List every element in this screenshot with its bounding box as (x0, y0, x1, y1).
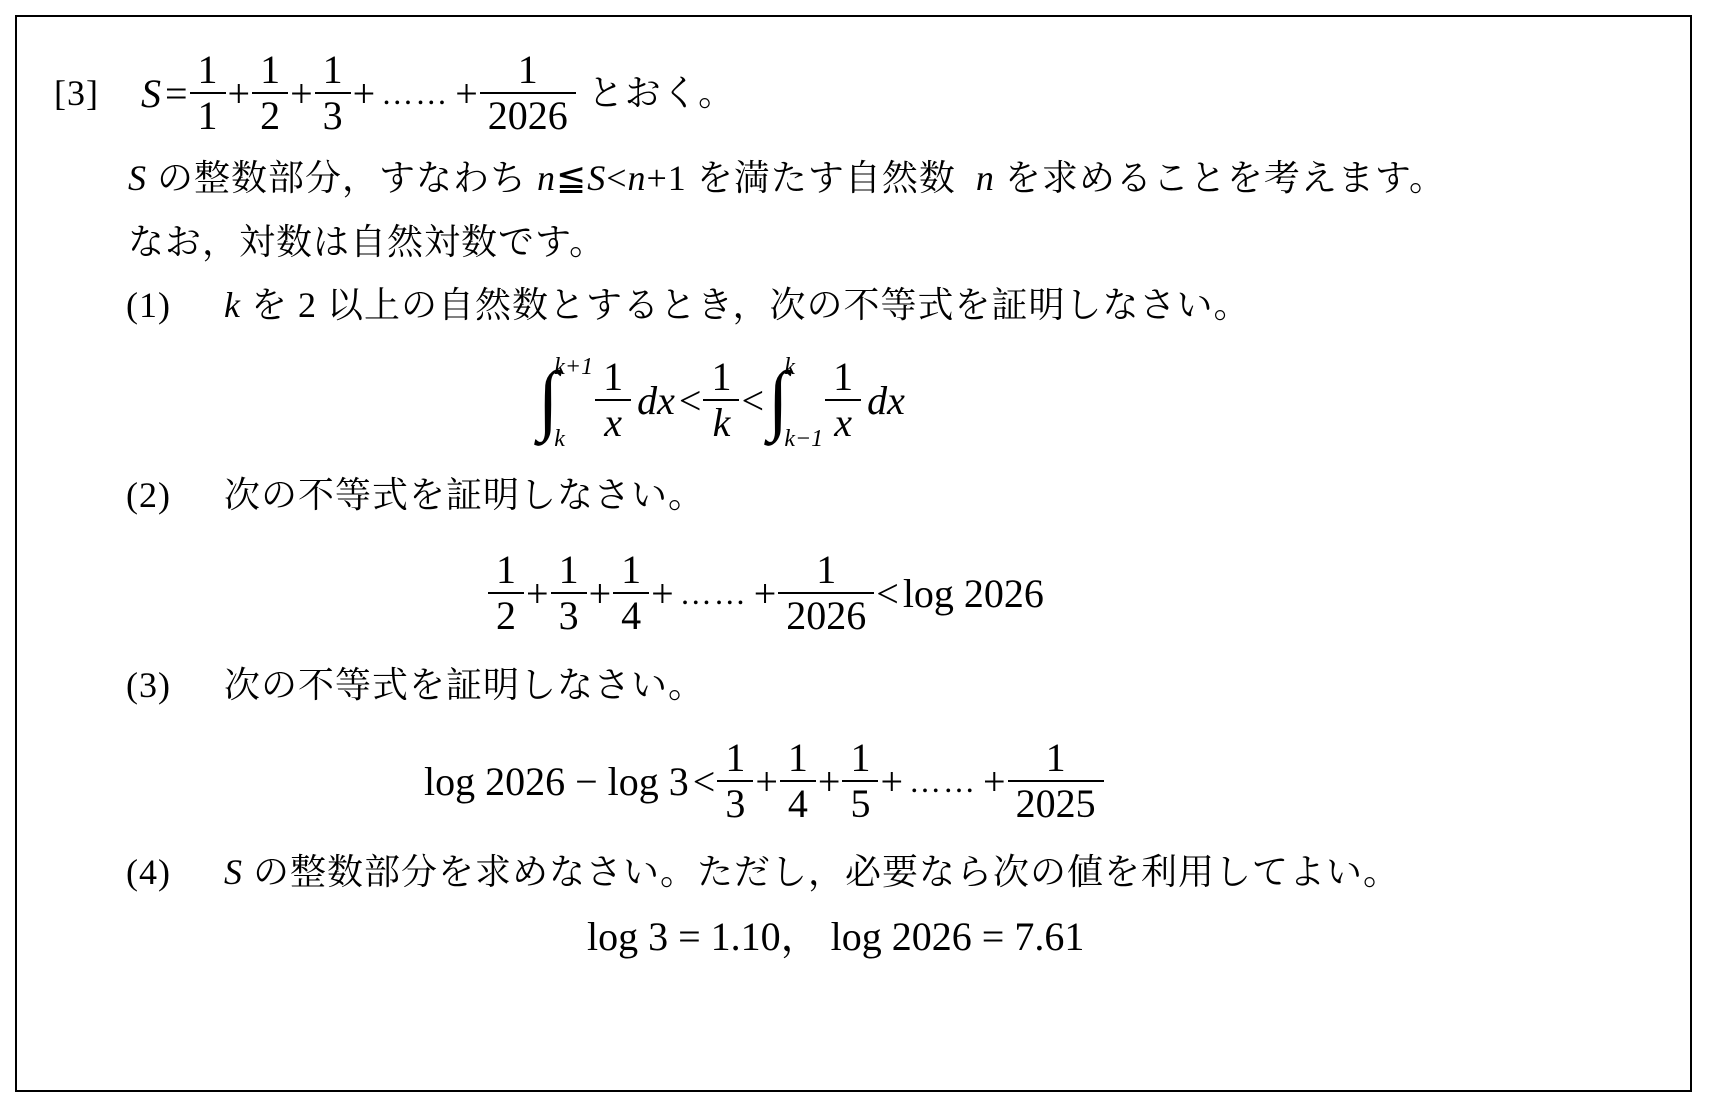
integral-2-upper-limit: k (784, 355, 823, 379)
intro-line-2: なお，対数は自然対数です。 (128, 220, 606, 264)
part-2-text: 次の不等式を証明しなさい。 (224, 475, 705, 515)
var-n: n (976, 158, 995, 198)
problem-number: [3] (54, 71, 99, 115)
integrand-2: 1 x (829, 355, 857, 445)
given-values: log 3 = 1.10， log 2026 = 7.61 (587, 912, 1084, 962)
part-2-statement: (2) 次の不等式を証明しなさい。 (126, 473, 705, 517)
var-s: S (224, 852, 243, 892)
fraction-term: 1 3 (721, 736, 749, 826)
plus-sign: + (651, 570, 674, 617)
var-n: n (537, 158, 556, 198)
part-4-text: の整数部分を求めなさい。ただし，必要なら次の値を利用してよい。 (253, 852, 1400, 892)
var-s: S (128, 158, 147, 198)
fraction-term: 1 4 (784, 736, 812, 826)
fraction-last-term: 1 2025 (1012, 736, 1100, 826)
lt-sign: < (693, 758, 716, 805)
integral-2-lower-limit: k−1 (784, 427, 823, 451)
plus-sign: + (353, 70, 376, 117)
plus-one: +1 (647, 158, 687, 198)
part-2-formula: 1 2 + 1 3 + 1 4 + …… + 1 2026 < log 2026 (490, 548, 1044, 638)
integrand-1: 1 x (599, 355, 627, 445)
part-2-label: (2) (126, 473, 214, 517)
fraction-last-term: 1 2026 (782, 548, 870, 638)
ellipsis: …… (909, 763, 977, 800)
rhs-log: log 2026 (903, 570, 1044, 617)
integral-1-upper-limit: k+1 (554, 355, 593, 379)
part-3-statement: (3) 次の不等式を証明しなさい。 (126, 663, 705, 707)
fraction-term: 1 1 (194, 48, 222, 138)
var-k: k (224, 285, 241, 325)
dx-2: dx (867, 377, 905, 424)
part-1-statement: (1) k を 2 以上の自然数とするとき，次の不等式を証明しなさい。 (126, 283, 1251, 327)
middle-fraction: 1 k (707, 355, 735, 445)
plus-sign: + (455, 70, 478, 117)
le-sign: ≦ (556, 158, 587, 198)
fraction-last-term: 1 2026 (484, 48, 572, 138)
integral-1-lower-limit: k (554, 427, 593, 451)
definition-suffix: とおく。 (588, 71, 735, 115)
plus-sign: + (228, 70, 251, 117)
part-3-label: (3) (126, 663, 214, 707)
lt-sign: < (876, 570, 899, 617)
integral-2: ∫ k k−1 (768, 359, 827, 441)
plus-sign: + (290, 70, 313, 117)
intro-text-a: の整数部分，すなわち (157, 158, 527, 198)
plus-sign: + (983, 758, 1006, 805)
plus-sign: + (526, 570, 549, 617)
part-3-text: 次の不等式を証明しなさい。 (224, 665, 705, 705)
integral-sign-icon: ∫ (768, 361, 788, 439)
lt-sign: < (606, 158, 627, 198)
part-3-formula: log 2026 − log 3 < 1 3 + 1 4 + 1 5 + …… … (424, 736, 1102, 826)
equals-sign: = (165, 70, 188, 117)
plus-sign: + (880, 758, 903, 805)
lt-sign: < (679, 377, 702, 424)
intro-text-b: を満たす自然数 (697, 158, 956, 198)
lt-sign: < (741, 377, 764, 424)
plus-sign: + (818, 758, 841, 805)
fraction-term: 1 2 (256, 48, 284, 138)
part-1-formula: ∫ k+1 k 1 x dx < 1 k < ∫ k k−1 1 x dx (538, 355, 905, 445)
var-s: S (587, 158, 606, 198)
plus-sign: + (589, 570, 612, 617)
integral-1: ∫ k+1 k (538, 359, 597, 441)
plus-sign: + (755, 758, 778, 805)
part-4-label: (4) (126, 850, 214, 894)
problem-header: [3] S = 1 1 + 1 2 + 1 3 + …… + 1 2026 とお… (54, 48, 735, 138)
var-n: n (628, 158, 647, 198)
part-1-text: を 2 以上の自然数とするとき，次の不等式を証明しなさい。 (251, 285, 1251, 325)
lhs-log-difference: log 2026 − log 3 (424, 758, 689, 805)
sum-variable-s: S (141, 70, 161, 117)
fraction-term: 1 3 (555, 548, 583, 638)
plus-sign: + (754, 570, 777, 617)
fraction-term: 1 2 (492, 548, 520, 638)
intro-text-c: を求めることを考えます。 (1005, 158, 1446, 198)
part-1-label: (1) (126, 283, 214, 327)
dx-1: dx (637, 377, 675, 424)
ellipsis: …… (381, 75, 449, 112)
ellipsis: …… (680, 575, 748, 612)
intro-line-1: S の整数部分，すなわち n≦S<n+1 を満たす自然数 n を求めることを考え… (128, 156, 1446, 200)
fraction-term: 1 5 (846, 736, 874, 826)
fraction-term: 1 4 (617, 548, 645, 638)
integral-sign-icon: ∫ (538, 361, 558, 439)
fraction-term: 1 3 (319, 48, 347, 138)
part-4-statement: (4) S の整数部分を求めなさい。ただし，必要なら次の値を利用してよい。 (126, 850, 1400, 894)
